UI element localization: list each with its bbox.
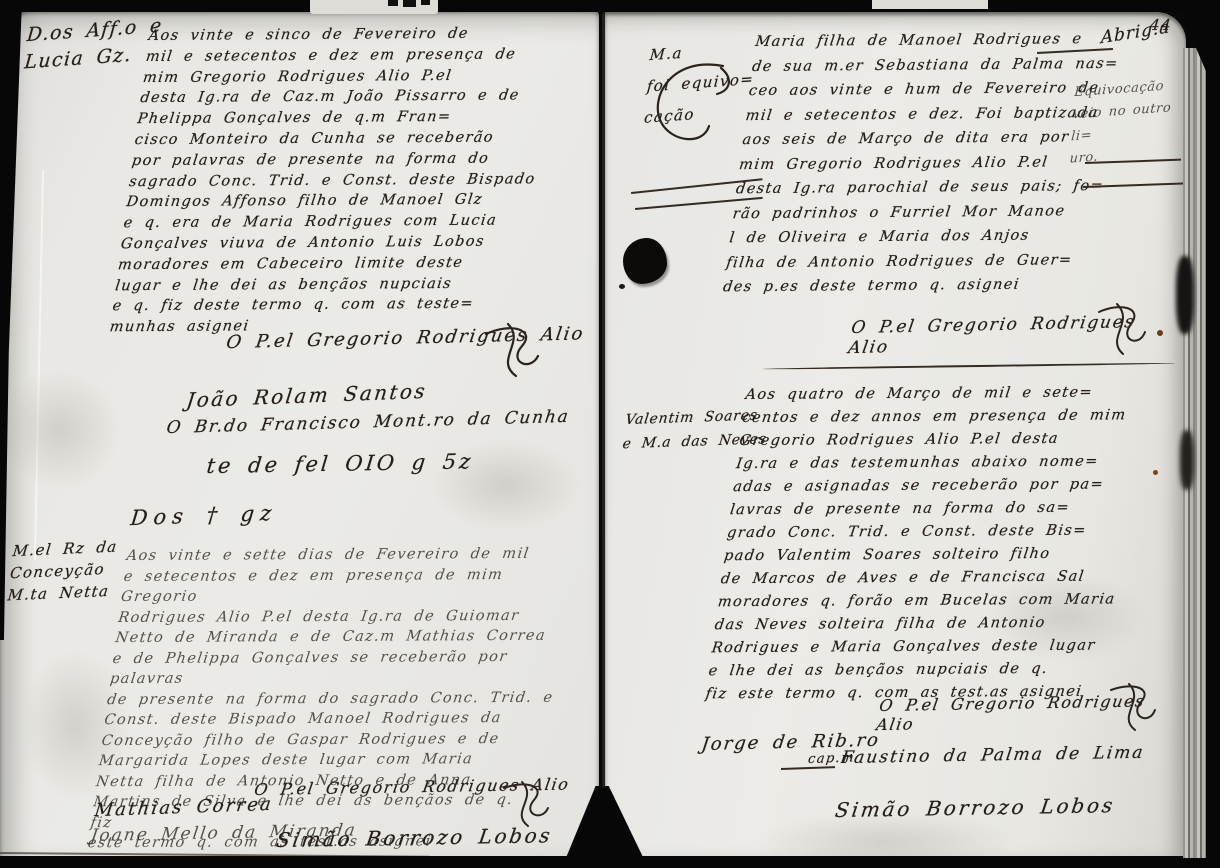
scan-top-border bbox=[0, 0, 1220, 12]
paper-crack-line bbox=[34, 170, 44, 560]
witness-signature-joao: João Rolam Santos bbox=[185, 379, 428, 412]
paper-tab-left bbox=[310, 0, 438, 14]
marriage-record-1: Aos vinte e sinco de Fevereiro de mil e … bbox=[108, 23, 582, 338]
fore-edge-blotch bbox=[1180, 430, 1194, 490]
margin-correction-right: Equivocação veio no outro li= uro. bbox=[1069, 74, 1186, 170]
jorge-underline bbox=[781, 766, 835, 770]
left-page: D.os Aff.o e Lucia Gz. Aos vinte e sinco… bbox=[0, 10, 599, 858]
witness-signature-simao-2: Simão Borrozo Lobos bbox=[834, 793, 1117, 822]
ink-blot bbox=[623, 238, 667, 284]
paper-speck bbox=[1157, 330, 1163, 336]
witness-signature-simao: Simão Borrozo Lobos bbox=[275, 823, 554, 852]
fore-edge-blotch bbox=[1176, 256, 1194, 334]
signature-flourish-icon bbox=[1105, 680, 1161, 734]
ink-blot-speck bbox=[619, 284, 625, 289]
paper-speck bbox=[1153, 470, 1158, 475]
margin-flourish-icon bbox=[645, 56, 737, 156]
register-scan: D.os Aff.o e Lucia Gz. Aos vinte e sinco… bbox=[0, 0, 1220, 868]
tab-print-fragment bbox=[388, 0, 398, 6]
paper-tab-right bbox=[872, 0, 988, 9]
margin-note-couple-left: M.el Rz da Conceyção M.ta Netta bbox=[6, 535, 119, 606]
signature-flourish-icon bbox=[478, 320, 548, 380]
witness-signature-francisco: O Br.do Francisco Mont.ro da Cunha bbox=[165, 407, 571, 438]
signature-flourish-icon bbox=[498, 778, 554, 830]
record-heading-cross: Dos † gz bbox=[129, 501, 278, 530]
right-page: 44 Abrig.a M.a foi equivo= cação Maria f… bbox=[602, 12, 1186, 858]
margin-note-grooms: D.os Aff.o e Lucia Gz. bbox=[23, 13, 164, 77]
marriage-record-3: Aos quatro de Março de mil e sete= cento… bbox=[704, 381, 1185, 706]
tab-print-fragment bbox=[403, 0, 416, 7]
witness-signature-faustino: Faustino da Palma de Lima bbox=[840, 743, 1146, 768]
pen-trials: te de fel OIO g 5z bbox=[205, 449, 474, 478]
signature-flourish-icon bbox=[1091, 300, 1151, 358]
scan-right-border bbox=[1206, 0, 1220, 868]
record-separator-line bbox=[763, 362, 1175, 370]
tab-print-fragment bbox=[421, 0, 430, 5]
